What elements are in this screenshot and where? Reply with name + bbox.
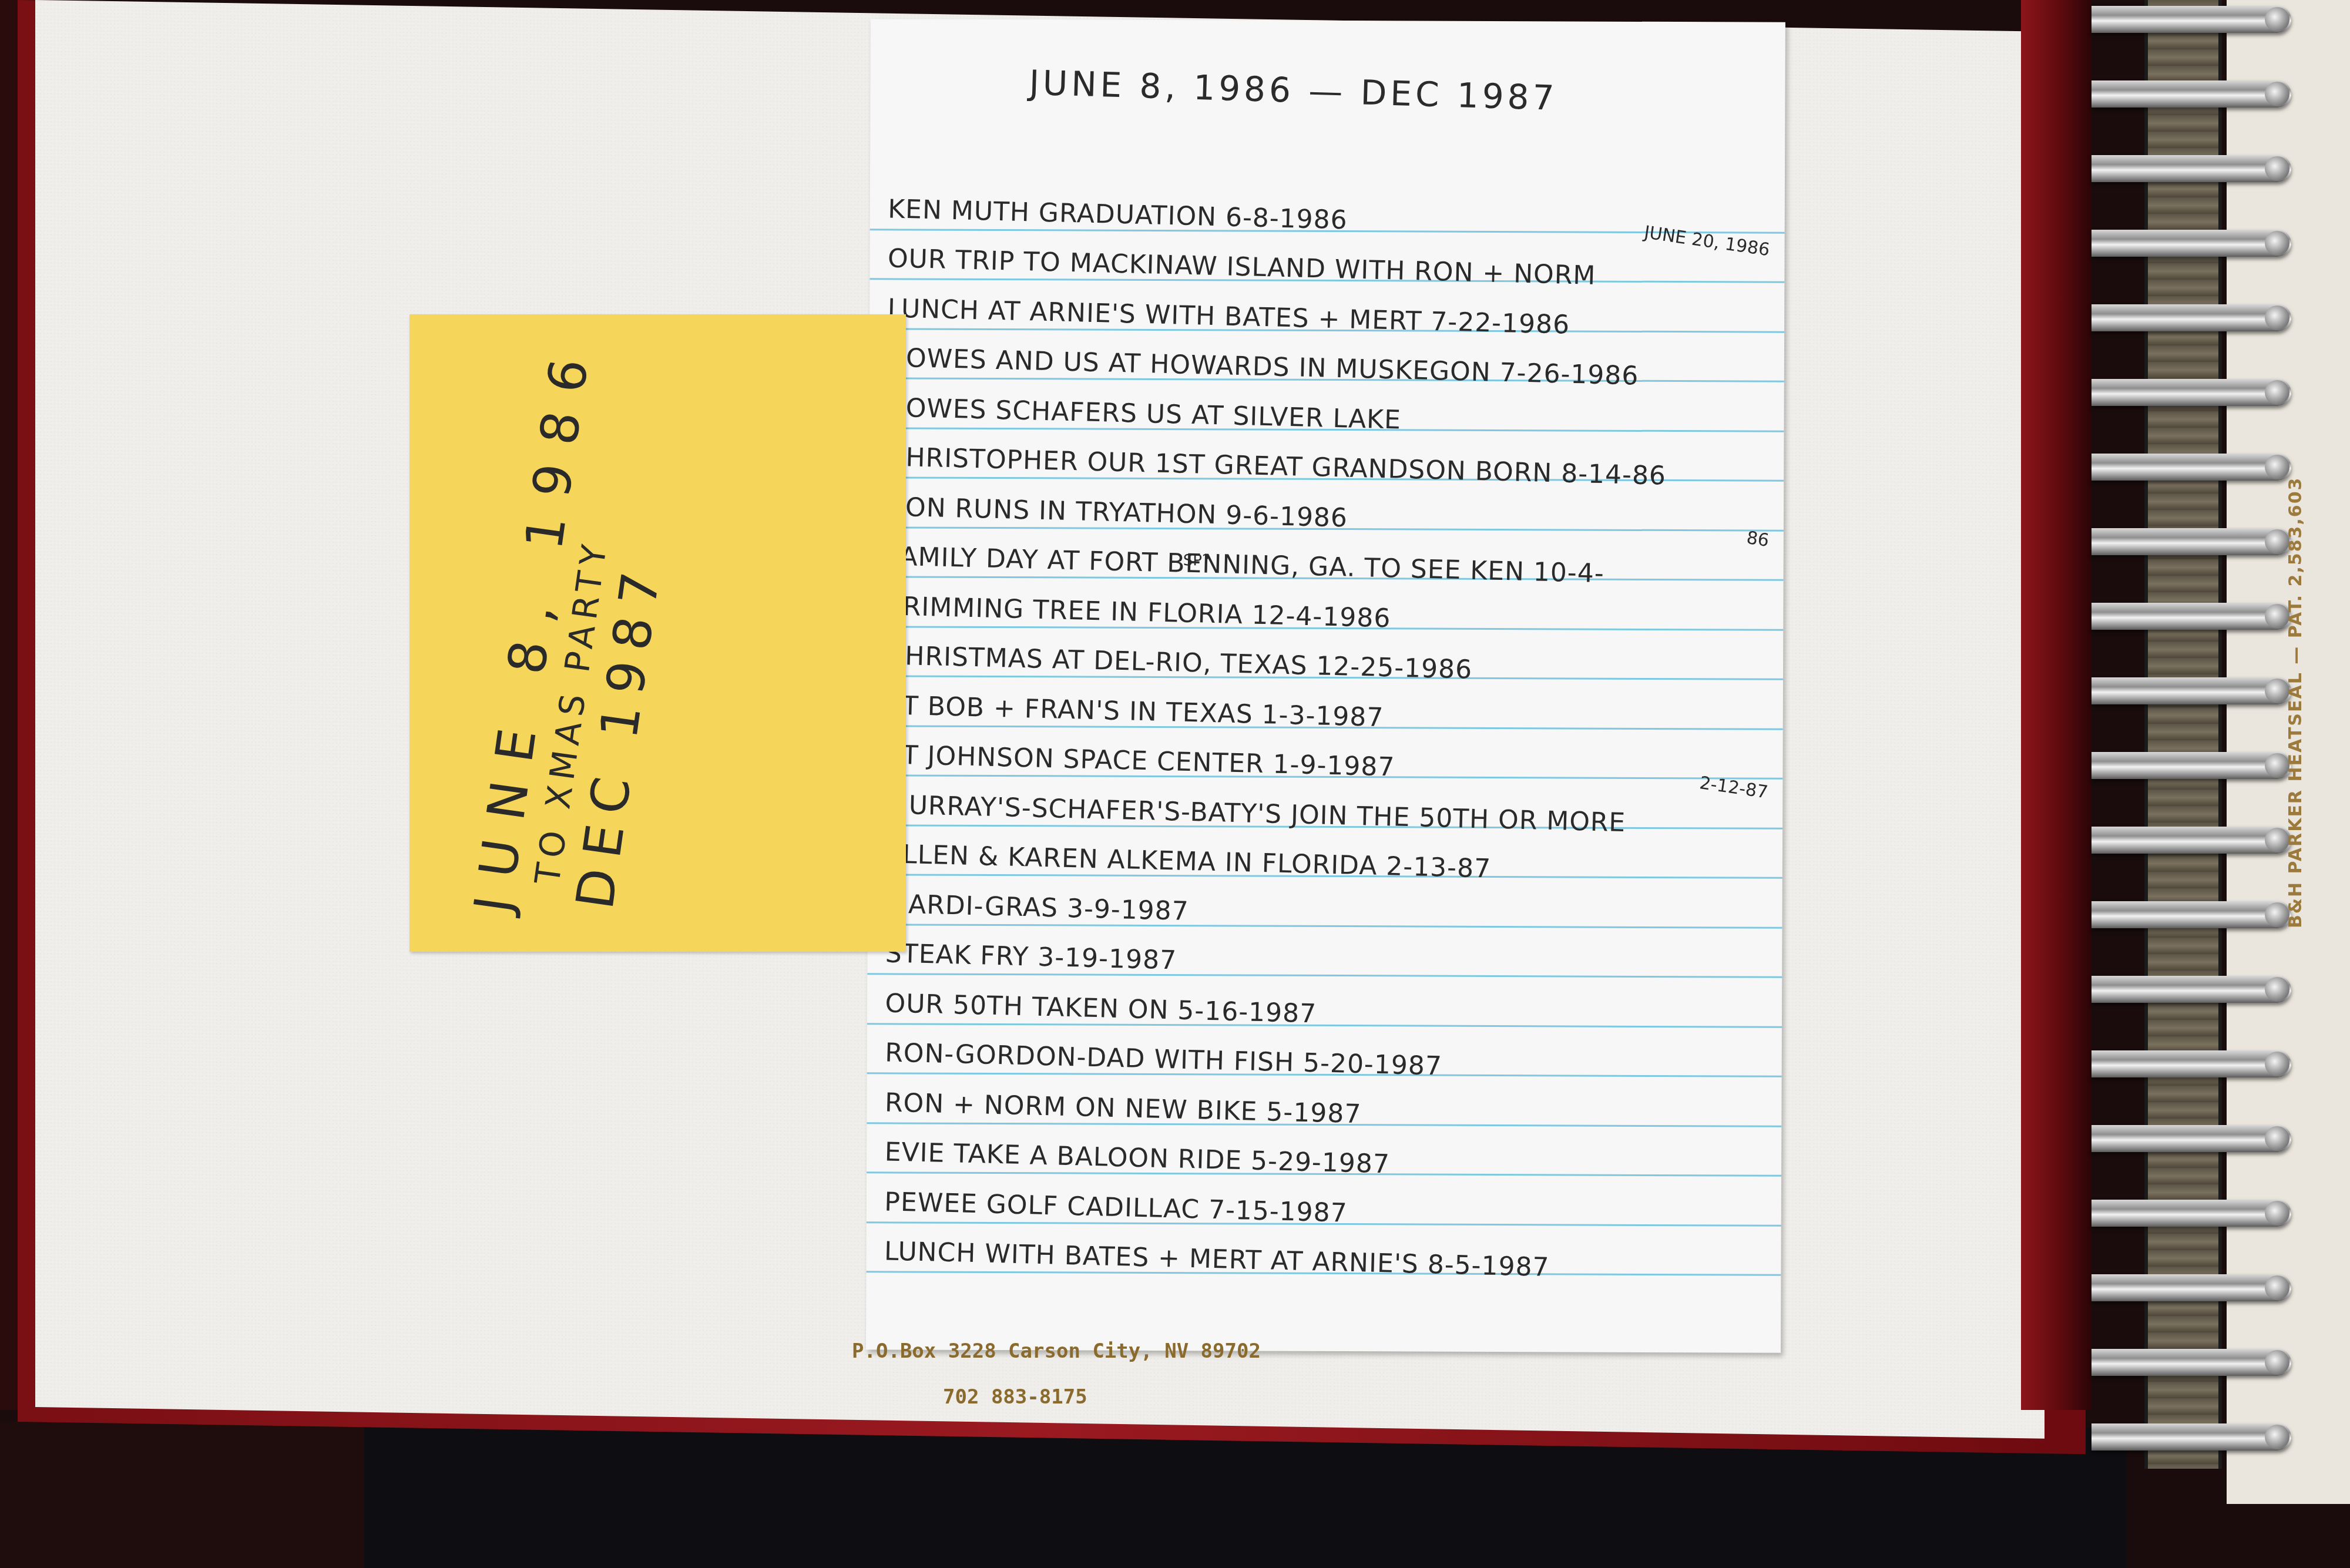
event-entry: AT JOHNSON SPACE CENTER 1-9-1987 bbox=[868, 727, 1782, 780]
table-surface bbox=[0, 1422, 364, 1568]
spine-imprint: B&H PARKER HEATSEAL — PAT. 2,583,603 bbox=[2285, 477, 2306, 928]
event-entry-text: RON + NORM ON NEW BIKE 5-1987 bbox=[884, 1087, 1361, 1129]
binder-ring bbox=[2091, 901, 2291, 928]
event-entry: FAMILY DAY AT FORT BENNING, GA. TO SEE K… bbox=[869, 528, 1784, 581]
ring-hole bbox=[2265, 977, 2289, 1002]
event-entry-text: OUR 50TH TAKEN ON 5-16-1987 bbox=[885, 988, 1317, 1029]
lined-notebook-sheet: JUNE 8, 1986 — DEC 1987 KEN MUTH GRADUAT… bbox=[866, 19, 1785, 1352]
event-entry: MARDI-GRAS 3-9-1987 bbox=[868, 875, 1782, 928]
ring-hole bbox=[2265, 82, 2289, 106]
event-entry: TRIMMING TREE IN FLORIA 12-4-1986 bbox=[868, 577, 1783, 630]
binder-ring bbox=[2091, 528, 2291, 555]
event-entry-text: AT BOB + FRAN'S IN TEXAS 1-3-1987 bbox=[886, 690, 1384, 733]
event-entry: LUNCH WITH BATES + MERT AT ARNIE'S 8-5-1… bbox=[867, 1223, 1781, 1276]
ring-hole bbox=[2265, 1126, 2289, 1151]
event-entry: ROWES SCHAFERS US AT SILVER LAKE bbox=[869, 379, 1784, 432]
ring-hole bbox=[2265, 1275, 2289, 1300]
binder-ring bbox=[2091, 379, 2291, 406]
event-entry-text: RON RUNS IN TRYATHON 9-6-1986 bbox=[887, 492, 1348, 533]
scrapbook-photo: B&H PARKER HEATSEAL — PAT. 2,583,603 JUN… bbox=[0, 0, 2350, 1568]
sheet-title: JUNE 8, 1986 — DEC 1987 bbox=[1029, 62, 1559, 118]
event-entry-text: AT JOHNSON SPACE CENTER 1-9-1987 bbox=[885, 740, 1395, 782]
event-entry-text: TRIMMING TREE IN FLORIA 12-4-1986 bbox=[886, 591, 1391, 633]
event-entry: RON RUNS IN TRYATHON 9-6-1986 bbox=[869, 478, 1784, 531]
event-entry-text: PEWEE GOLF CADILLAC 7-15-1987 bbox=[884, 1187, 1348, 1228]
event-entry-text: KEN MUTH GRADUATION 6-8-1986 bbox=[888, 194, 1348, 235]
binder-ring bbox=[2091, 976, 2291, 1003]
ring-hole bbox=[2265, 156, 2289, 181]
binder-ring bbox=[2091, 1274, 2291, 1301]
event-entry: ROWES AND US AT HOWARDS IN MUSKEGON 7-26… bbox=[869, 330, 1784, 382]
binder-ring bbox=[2091, 1200, 2291, 1227]
imprint-address: P.O.Box 3228 Carson City, NV 89702 bbox=[852, 1339, 1261, 1363]
binder-ring bbox=[2091, 752, 2291, 779]
imprint-phone: 702 883-8175 bbox=[943, 1385, 1261, 1409]
binder-ring bbox=[2091, 1050, 2291, 1077]
event-entry-text: LUNCH WITH BATES + MERT AT ARNIE'S 8-5-1… bbox=[884, 1236, 1550, 1282]
event-entry: OUR TRIP TO MACKINAW ISLAND WITH RON + N… bbox=[869, 230, 1784, 283]
binder-ring bbox=[2091, 80, 2291, 108]
spine-backing bbox=[2144, 0, 2222, 1469]
event-entry: RON-GORDON-DAD WITH FISH 5-20-1987 bbox=[867, 1025, 1782, 1077]
binder-ring bbox=[2091, 827, 2291, 854]
binder-ring bbox=[2091, 304, 2291, 331]
ring-hole bbox=[2265, 1425, 2289, 1449]
ring-hole bbox=[2265, 305, 2289, 330]
binder-ring bbox=[2091, 603, 2291, 630]
event-entry: RON + NORM ON NEW BIKE 5-1987 bbox=[867, 1074, 1781, 1127]
event-entry: MURRAY'S-SCHAFER'S-BATY'S JOIN THE 50TH … bbox=[868, 776, 1782, 829]
binder-ring bbox=[2091, 677, 2291, 704]
binder-ring bbox=[2091, 1125, 2291, 1152]
ring-hole bbox=[2265, 380, 2289, 405]
event-entry-text: MARDI-GRAS 3-9-1987 bbox=[885, 889, 1190, 926]
margin-note-spelling: SP? bbox=[1183, 552, 1210, 569]
binder-ring bbox=[2091, 1423, 2291, 1451]
sticky-note: JUNE 8, 1986 TO XMAS PARTY DEC 1987 bbox=[409, 314, 906, 952]
binder-ring bbox=[2091, 454, 2291, 481]
event-entry: AT BOB + FRAN'S IN TEXAS 1-3-1987 bbox=[868, 677, 1783, 730]
event-entry-text: STEAK FRY 3-19-1987 bbox=[885, 938, 1177, 975]
sticky-note-text: JUNE 8, 1986 TO XMAS PARTY DEC 1987 bbox=[462, 335, 702, 930]
event-entry: EVIE TAKE A BALOON RIDE 5-29-1987 bbox=[867, 1124, 1781, 1177]
ring-hole bbox=[2265, 1201, 2289, 1225]
event-entry-text: EVIE TAKE A BALOON RIDE 5-29-1987 bbox=[884, 1137, 1390, 1179]
ring-hole bbox=[2265, 231, 2289, 256]
binder-spine bbox=[2021, 0, 2091, 1410]
event-entry: CHRISTOPHER OUR 1ST GREAT GRANDSON BORN … bbox=[869, 429, 1784, 482]
binder-ring bbox=[2091, 6, 2291, 33]
gold-imprint: P.O.Box 3228 Carson City, NV 89702 702 8… bbox=[852, 1339, 1261, 1409]
event-list: KEN MUTH GRADUATION 6-8-1986OUR TRIP TO … bbox=[867, 180, 1785, 1275]
event-entry: STEAK FRY 3-19-1987 bbox=[867, 925, 1782, 978]
event-entry: OUR 50TH TAKEN ON 5-16-1987 bbox=[867, 975, 1782, 1028]
event-entry-date-note: 86 bbox=[1745, 528, 1770, 551]
ring-hole bbox=[2265, 1350, 2289, 1375]
ring-hole bbox=[2265, 1052, 2289, 1076]
ring-hole bbox=[2265, 455, 2289, 479]
event-entry: LUNCH AT ARNIE'S WITH BATES + MERT 7-22-… bbox=[869, 280, 1784, 333]
binder-ring bbox=[2091, 155, 2291, 182]
binder-ring bbox=[2091, 230, 2291, 257]
event-entry: ELLEN & KAREN ALKEMA IN FLORIDA 2-13-87 bbox=[868, 826, 1782, 879]
binder-ring bbox=[2091, 1349, 2291, 1376]
event-entry: PEWEE GOLF CADILLAC 7-15-1987 bbox=[867, 1173, 1781, 1226]
ring-hole bbox=[2265, 7, 2289, 32]
event-entry: CHRISTMAS AT DEL-RIO, TEXAS 12-25-1986 bbox=[868, 627, 1783, 680]
